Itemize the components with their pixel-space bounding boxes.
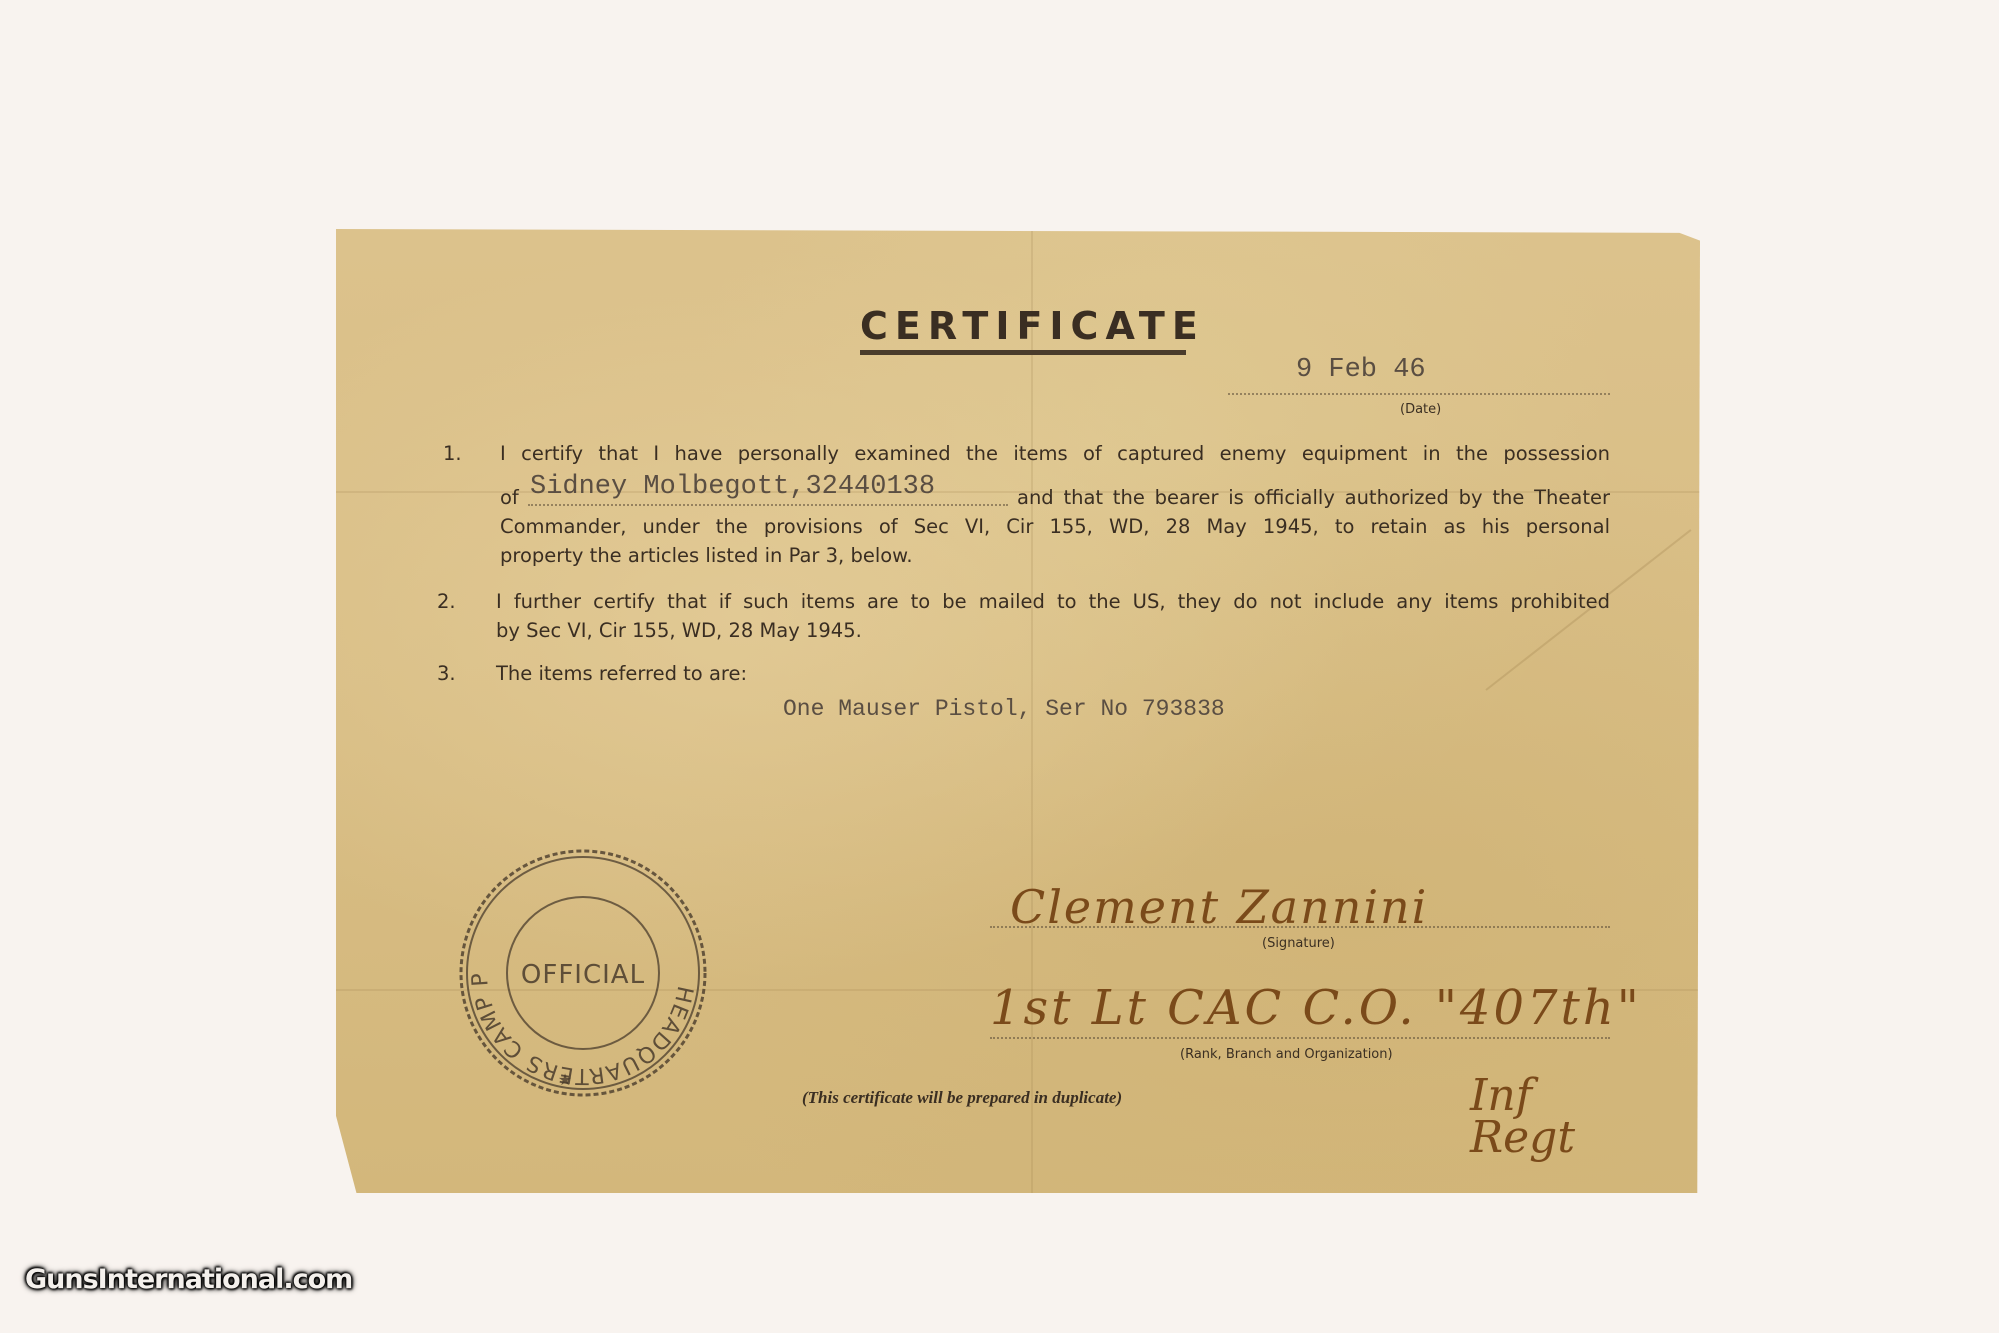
- listed-item: One Mauser Pistol, Ser No 793838: [783, 696, 1225, 722]
- date-label: (Date): [1400, 402, 1441, 417]
- item-3-line-1: The items referred to are:: [496, 662, 747, 685]
- item-2-line-1: I further certify that if such items are…: [496, 590, 1610, 613]
- of-label: of: [500, 486, 519, 509]
- signature-label: (Signature): [1262, 936, 1335, 951]
- stamp-star-icon: ★: [558, 1070, 572, 1089]
- rank-label: (Rank, Branch and Organization): [1180, 1047, 1393, 1062]
- site-watermark: GunsInternational.com: [25, 1264, 352, 1295]
- item-1-line-1: I certify that I have personally examine…: [500, 442, 1610, 465]
- rank-dotted-line: [990, 1037, 1610, 1039]
- item-number: 2.: [437, 590, 456, 613]
- item-1-line-2: and that the bearer is officially author…: [1017, 486, 1610, 509]
- item-number: 3.: [437, 662, 456, 685]
- item-2-line-2: by Sec VI, Cir 155, WD, 28 May 1945.: [496, 619, 862, 642]
- item-number: 1.: [443, 442, 462, 465]
- title-underline: [860, 350, 1186, 355]
- official-stamp: HEADQUARTERS CAMP PHILIP MORRIS L.H. POE…: [455, 845, 711, 1101]
- stamp-center-text: OFFICIAL: [521, 960, 645, 990]
- footer-note: (This certificate will be prepared in du…: [802, 1088, 1122, 1108]
- certificate-title: CERTIFICATE: [860, 304, 1205, 348]
- rank-extra: Inf Regt: [1470, 1075, 1600, 1159]
- rank-value: 1st Lt CAC C.O. "407th": [990, 980, 1642, 1036]
- item-1-line-4: property the articles listed in Par 3, b…: [500, 544, 913, 567]
- date-dotted-line: [1228, 393, 1610, 395]
- bearer-name: Sidney Molbegott,32440138: [530, 472, 935, 502]
- item-1-line-3: Commander, under the provisions of Sec V…: [500, 515, 1610, 538]
- signature-dotted-line: [990, 926, 1610, 928]
- bearer-dotted-line: [528, 504, 1008, 506]
- date-value: 9 Feb 46: [1296, 355, 1426, 385]
